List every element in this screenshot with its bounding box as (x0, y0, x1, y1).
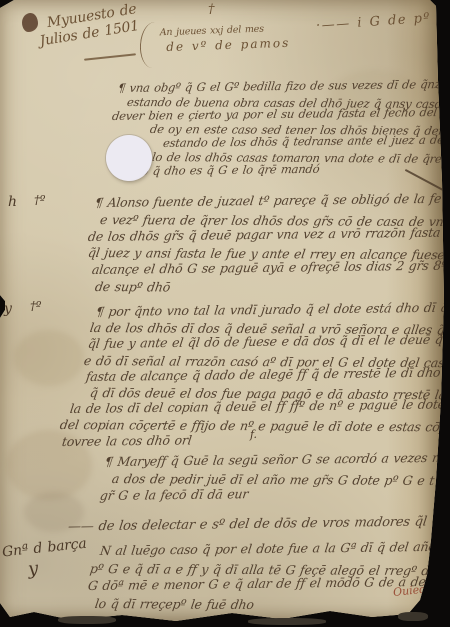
paragraph-5: N al luēgo caso q̃ por el dote fue a la … (0, 542, 450, 612)
torn-edge-fragment (58, 616, 116, 624)
paragraph-4: ¶ Maryeff q̃ Guē la segū señor G se acor… (0, 453, 450, 504)
handwritten-line: lo q̃ dho es q̃ G e lo q̃rē mandó (137, 161, 450, 179)
handwritten-line: N al luēgo caso q̃ por el dote fue a la … (99, 538, 450, 560)
handwritten-line: estando de los dhōs q̃ tedranse ante el … (162, 134, 450, 151)
red-ink-note: Ouiedº (392, 582, 432, 599)
underline-flourish (84, 53, 136, 60)
torn-edge-fragment (398, 612, 428, 621)
torn-edge-fragment (248, 618, 326, 625)
cross-mark: † (208, 2, 214, 17)
handwritten-line: gr̃ G e la fecō dī dā eur (99, 483, 450, 504)
paragraph-1: ¶ vna obgº q̃ G el Gº bedilla fizo de su… (0, 82, 450, 179)
handwritten-line: alcançe el dhō G se paguē ayā e ofreçē l… (91, 258, 450, 279)
handwritten-line: fasta de alcançe q̃ dado de alegē ff q̃ … (85, 364, 450, 385)
ink-blot (22, 13, 38, 32)
white-repair-patch (106, 135, 152, 181)
paragraph-2: ¶ Alonso fuente de juzael tº pareçe q̃ s… (0, 195, 450, 296)
handwritten-line: de supº dhō (94, 279, 450, 298)
handwritten-line: ¶ Alonso fuente de juzael tº pareçe q̃ s… (94, 191, 450, 212)
handwritten-line: la de los dī del copian q̃ deuē el ff ff… (69, 397, 450, 418)
paper-sheet: Myuuesto de Julios de 1501 † An jueues x… (0, 0, 450, 627)
handwritten-line: ¶ vna obgº q̃ G el Gº bedilla fizo de su… (117, 78, 450, 96)
handwritten-line: ¶ por q̃nto vno tal la vndī jurado q̃ el… (95, 300, 450, 321)
handwritten-line: dever bien e çierto ya por el su deuda f… (111, 105, 450, 123)
handwritten-line: ¶ Maryeff q̃ Guē la segū señor G se acor… (104, 449, 450, 470)
handwritten-line: de los dhōs gr̃s q̃ deuē pagar vna vez a… (87, 224, 450, 245)
paragraph-3: ¶ por q̃nto vno tal la vndī jurado q̃ el… (0, 304, 450, 450)
manuscript-scan: Myuuesto de Julios de 1501 † An jueues x… (0, 0, 450, 627)
circled-annotation: An jueues xxj del mes de vº de pamos (160, 22, 291, 55)
handwritten-line: q̃l fue y ante el q̃l dō de fuese e dā d… (87, 332, 450, 353)
stray-mark: f. (250, 428, 257, 441)
corner-scrawl: ·—— i G de pº G (316, 9, 450, 33)
separator-flourish-line: —— de los delectar e sº del de dōs de vr… (67, 514, 428, 534)
date-annotation: Myuuesto de Julios de 1501 (46, 1, 141, 49)
circled-annotation-line2: de vº de pamos (166, 36, 290, 54)
